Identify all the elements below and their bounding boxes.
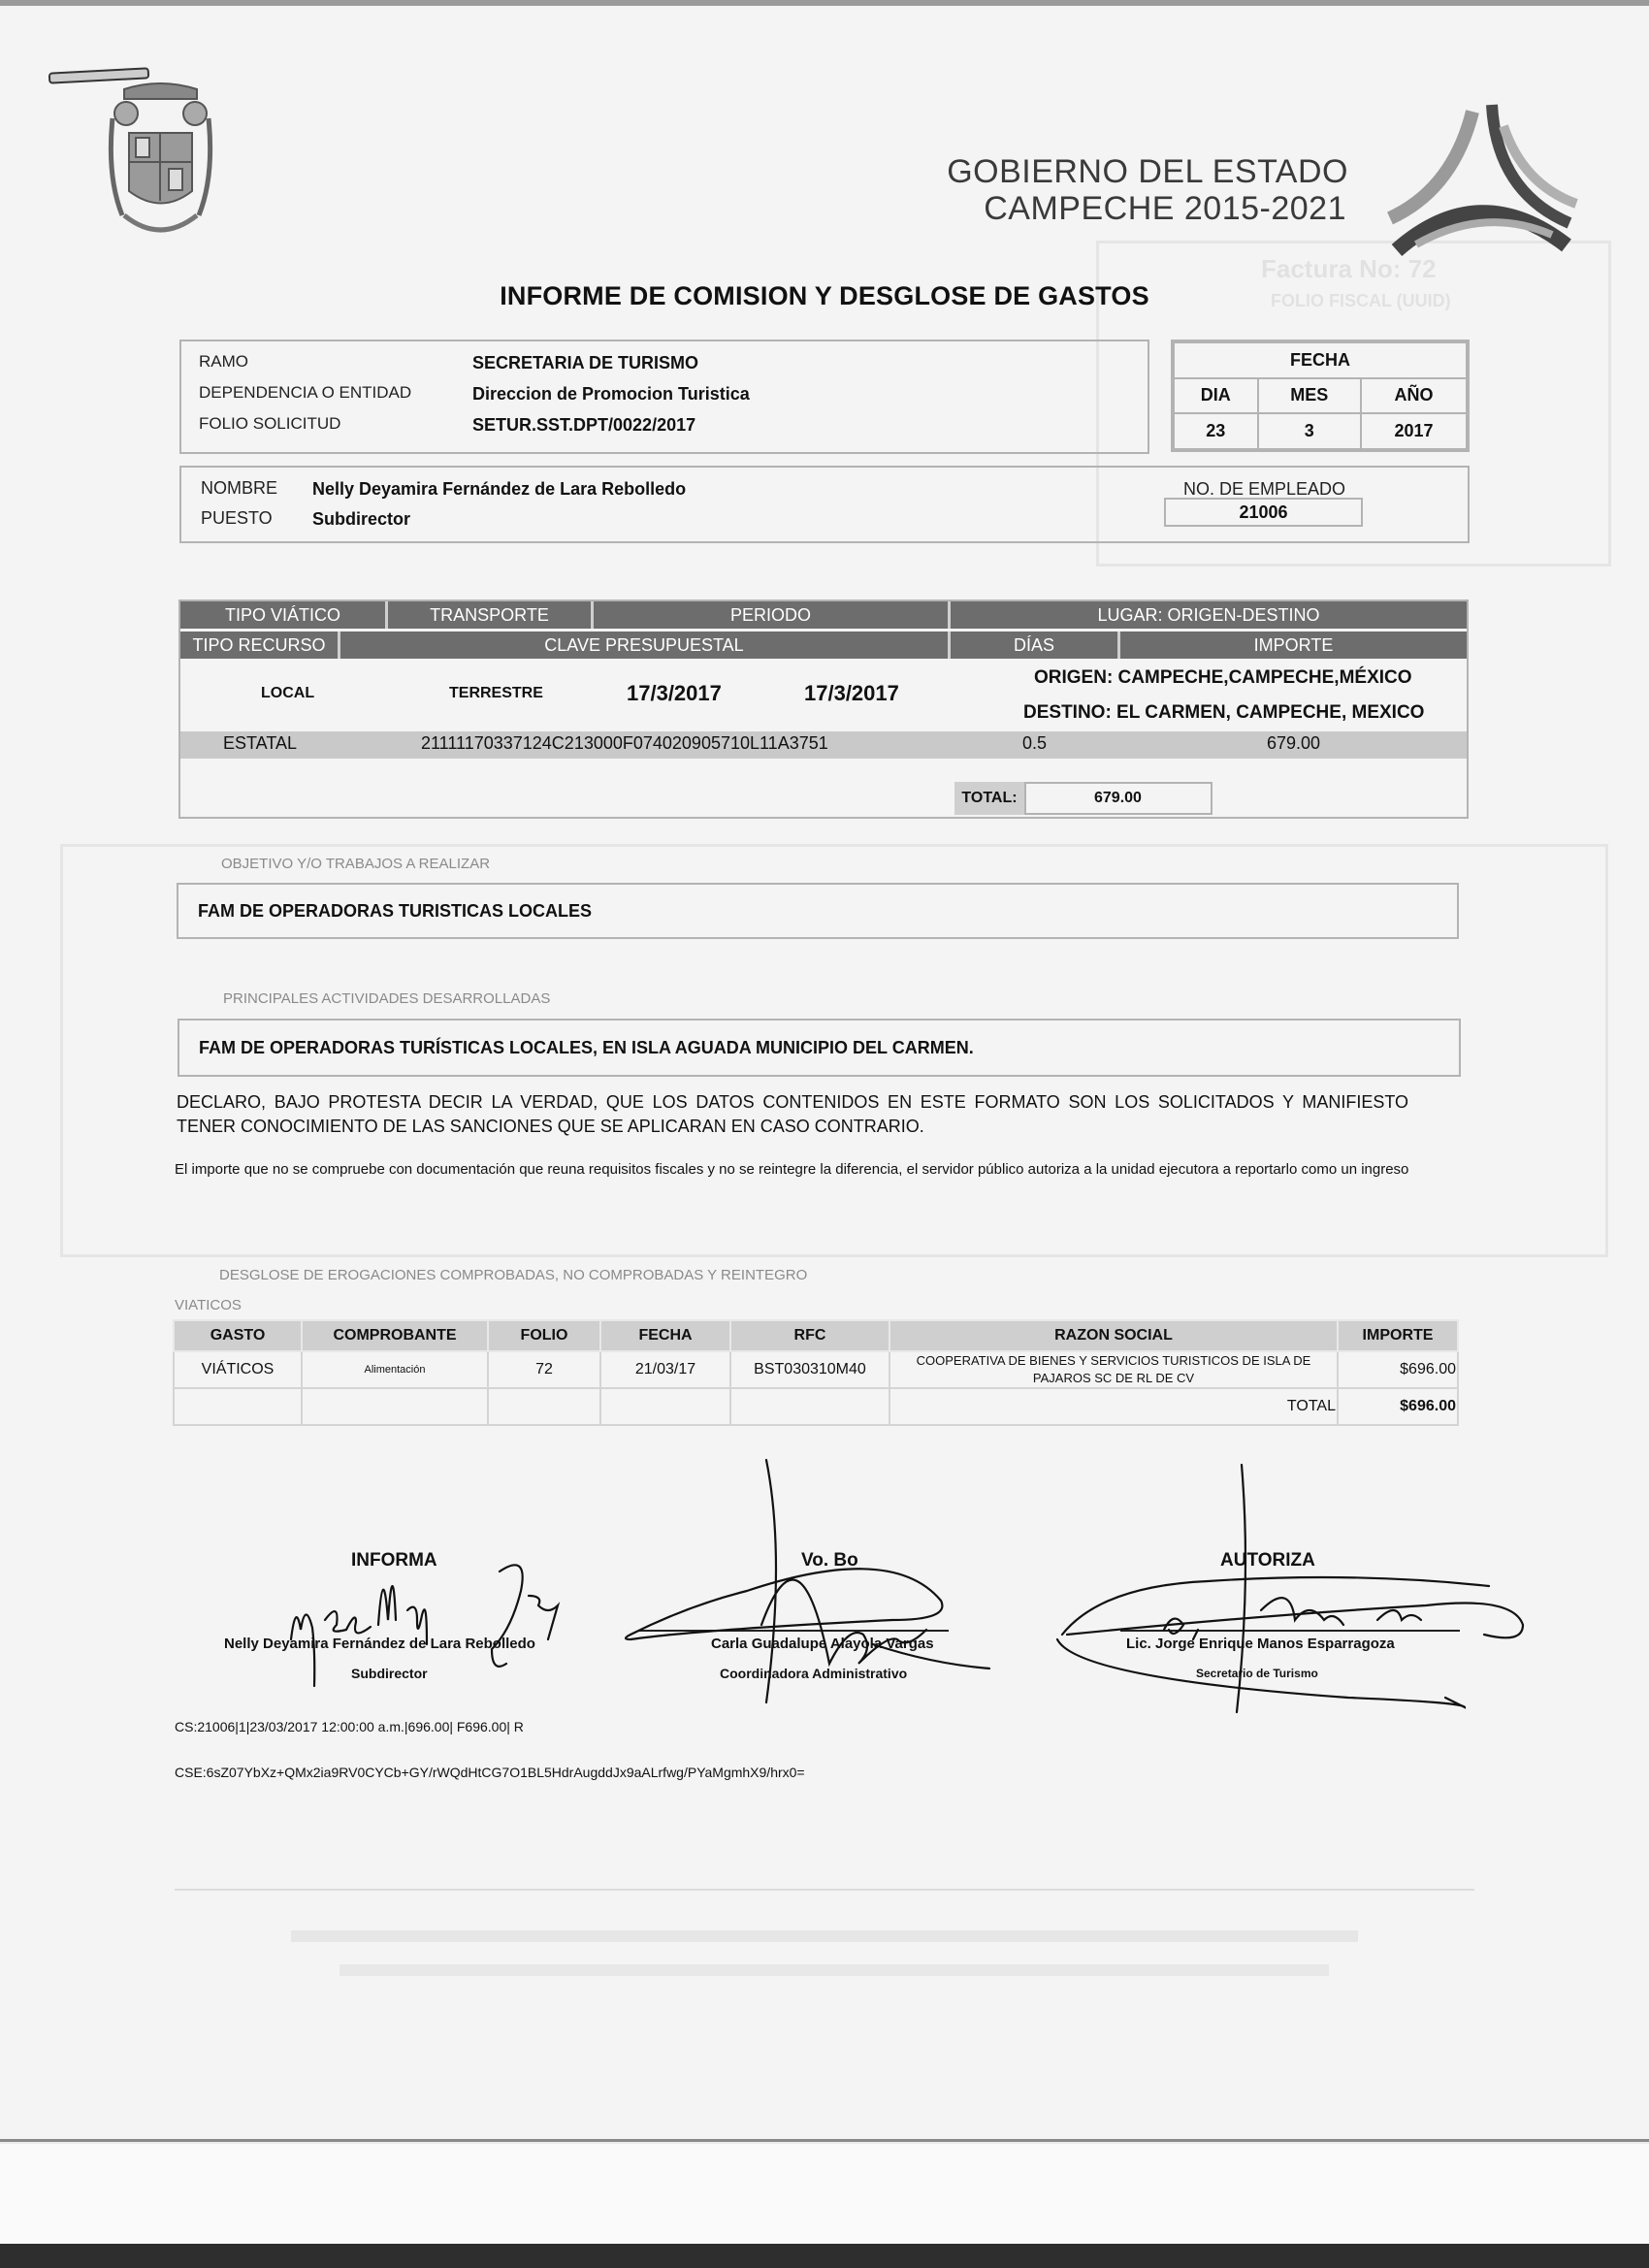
numero-empleado-label: NO. DE EMPLEADO [1183, 479, 1345, 500]
periodo-fin-value: 17/3/2017 [804, 681, 899, 706]
empty-cell [302, 1388, 488, 1425]
empty-cell [488, 1388, 600, 1425]
government-heading: GOBIERNO DEL ESTADO CAMPECHE 2015-2021 [931, 153, 1348, 227]
bleed-through-text-2 [339, 1964, 1329, 1976]
total-label: TOTAL: [954, 782, 1024, 815]
ramo-label: RAMO [199, 352, 248, 372]
vobo-role: Coordinadora Administrativo [720, 1666, 907, 1681]
comprobante-cell: Alimentación [302, 1351, 488, 1388]
header-clave-presupuestal: CLAVE PRESUPUESTAL [340, 632, 951, 659]
header-transporte: TRANSPORTE [388, 601, 594, 629]
col-gasto: GASTO [174, 1320, 302, 1351]
gastos-table: GASTO COMPROBANTE FOLIO FECHA RFC RAZON … [173, 1319, 1459, 1426]
empty-cell [174, 1388, 302, 1425]
informa-heading: INFORMA [351, 1550, 437, 1571]
transporte-value: TERRESTRE [449, 685, 543, 702]
tipo-recurso-value: ESTATAL [223, 733, 297, 754]
anio-label: AÑO [1361, 378, 1467, 414]
numero-empleado-value: 21006 [1164, 498, 1363, 527]
informa-name: Nelly Deyamira Fernández de Lara Rebolle… [224, 1636, 535, 1652]
autoriza-role: Secretario de Turismo [1196, 1667, 1318, 1680]
gasto-cell: VIÁTICOS [174, 1351, 302, 1388]
tipo-viatico-value: LOCAL [261, 685, 314, 702]
gastos-total-value: $696.00 [1338, 1388, 1458, 1425]
dias-value: 0.5 [1022, 733, 1047, 754]
nombre-label: NOMBRE [201, 478, 277, 499]
periodo-inicio-value: 17/3/2017 [627, 681, 722, 706]
fecha-label: FECHA [1174, 342, 1467, 378]
header-tipo-recurso: TIPO RECURSO [180, 632, 340, 659]
fecha-cell: 21/03/17 [600, 1351, 730, 1388]
dia-value: 23 [1174, 413, 1258, 449]
header-dias: DÍAS [951, 632, 1120, 659]
dependencia-value: Direccion de Promocion Turistica [472, 384, 750, 405]
page-title: INFORME DE COMISION Y DESGLOSE DE GASTOS [0, 281, 1649, 311]
header-periodo: PERIODO [594, 601, 951, 629]
razon-social-cell: COOPERATIVA DE BIENES Y SERVICIOS TURIST… [889, 1351, 1338, 1388]
viatico-data-row: ESTATAL 21111170337124C213000F0740209057… [180, 731, 1467, 759]
scanner-edge [0, 2244, 1649, 2268]
gastos-header-row: GASTO COMPROBANTE FOLIO FECHA RFC RAZON … [174, 1320, 1458, 1351]
nombre-value: Nelly Deyamira Fernández de Lara Rebolle… [312, 479, 686, 500]
document-page: Factura No: 72 FOLIO FISCAL (UUID) GOBIE… [0, 0, 1649, 2142]
col-fecha: FECHA [600, 1320, 730, 1351]
col-rfc: RFC [730, 1320, 889, 1351]
col-comprobante: COMPROBANTE [302, 1320, 488, 1351]
puesto-label: PUESTO [201, 508, 273, 529]
header-tipo-viatico: TIPO VIÁTICO [180, 601, 388, 629]
col-razon-social: RAZON SOCIAL [889, 1320, 1338, 1351]
total-value: 679.00 [1024, 782, 1212, 815]
declaration-text: DECLARO, BAJO PROTESTA DECIR LA VERDAD, … [177, 1090, 1408, 1139]
total-row: TOTAL $696.00 [174, 1388, 1458, 1425]
bleed-through-line [175, 1889, 1474, 1891]
empty-cell [730, 1388, 889, 1425]
informa-role: Subdirector [351, 1666, 428, 1681]
autoriza-signature-line [1120, 1630, 1460, 1632]
vobo-signature-line [638, 1630, 949, 1632]
mes-value: 3 [1258, 413, 1361, 449]
fecha-table: FECHA DIA MES AÑO 23 3 2017 [1171, 340, 1470, 452]
campeche-government-logo-icon [1358, 78, 1610, 262]
viatico-header-row-2: TIPO RECURSO CLAVE PRESUPUESTAL DÍAS IMP… [180, 632, 1467, 659]
origen-value: ORIGEN: CAMPECHE,CAMPECHE,MÉXICO [1034, 667, 1412, 689]
autoriza-heading: AUTORIZA [1220, 1550, 1315, 1571]
vobo-name: Carla Guadalupe Alayola Vargas [711, 1636, 934, 1652]
viatico-table: TIPO VIÁTICO TRANSPORTE PERIODO LUGAR: O… [178, 599, 1469, 819]
cadena-cse: CSE:6sZ07YbXz+QMx2ia9RV0CYCb+GY/rWQdHtCG… [175, 1765, 805, 1780]
importe-value: 679.00 [1267, 733, 1320, 754]
dependencia-label: DEPENDENCIA O ENTIDAD [199, 383, 411, 403]
viatico-header-row-1: TIPO VIÁTICO TRANSPORTE PERIODO LUGAR: O… [180, 601, 1467, 629]
objetivo-value: FAM DE OPERADORAS TURISTICAS LOCALES [198, 901, 592, 922]
importe-note-text: El importe que no se compruebe con docum… [175, 1159, 1436, 1181]
puesto-value: Subdirector [312, 509, 410, 530]
rfc-cell: BST030310M40 [730, 1351, 889, 1388]
vobo-heading: Vo. Bo [801, 1550, 858, 1571]
government-line-1: GOBIERNO DEL ESTADO [931, 153, 1348, 190]
government-line-2: CAMPECHE 2015-2021 [931, 190, 1346, 227]
importe-cell: $696.00 [1338, 1351, 1458, 1388]
col-importe: IMPORTE [1338, 1320, 1458, 1351]
actividades-label: PRINCIPALES ACTIVIDADES DESARROLLADAS [223, 990, 550, 1007]
folio-cell: 72 [488, 1351, 600, 1388]
table-row: VIÁTICOS Alimentación 72 21/03/17 BST030… [174, 1351, 1458, 1388]
empty-cell [600, 1388, 730, 1425]
header-lugar: LUGAR: ORIGEN-DESTINO [951, 601, 1467, 629]
dia-label: DIA [1174, 378, 1258, 414]
desglose-label: DESGLOSE DE EROGACIONES COMPROBADAS, NO … [219, 1267, 807, 1283]
actividades-field: FAM DE OPERADORAS TURÍSTICAS LOCALES, EN… [178, 1019, 1461, 1077]
folio-label: FOLIO SOLICITUD [199, 414, 340, 434]
viaticos-sublabel: VIATICOS [175, 1297, 242, 1313]
objetivo-field: FAM DE OPERADORAS TURISTICAS LOCALES [177, 883, 1459, 939]
objetivo-label: OBJETIVO Y/O TRABAJOS A REALIZAR [221, 856, 490, 872]
scanner-margin [0, 2144, 1649, 2244]
autoriza-name: Lic. Jorge Enrique Manos Esparragoza [1126, 1636, 1395, 1652]
cadena-cs: CS:21006|1|23/03/2017 12:00:00 a.m.|696.… [175, 1719, 524, 1734]
actividades-value: FAM DE OPERADORAS TURÍSTICAS LOCALES, EN… [199, 1038, 974, 1058]
folio-value: SETUR.SST.DPT/0022/2017 [472, 415, 695, 436]
clave-presupuestal-value: 21111170337124C213000F074020905710L11A37… [421, 733, 828, 754]
header-importe: IMPORTE [1120, 632, 1467, 659]
ramo-value: SECRETARIA DE TURISMO [472, 353, 698, 373]
state-coat-of-arms-icon [105, 80, 216, 244]
destino-value: DESTINO: EL CARMEN, CAMPECHE, MEXICO [1023, 702, 1424, 724]
gastos-total-label: TOTAL [889, 1388, 1338, 1425]
col-folio: FOLIO [488, 1320, 600, 1351]
mes-label: MES [1258, 378, 1361, 414]
bleed-through-text-1 [291, 1930, 1358, 1942]
anio-value: 2017 [1361, 413, 1467, 449]
